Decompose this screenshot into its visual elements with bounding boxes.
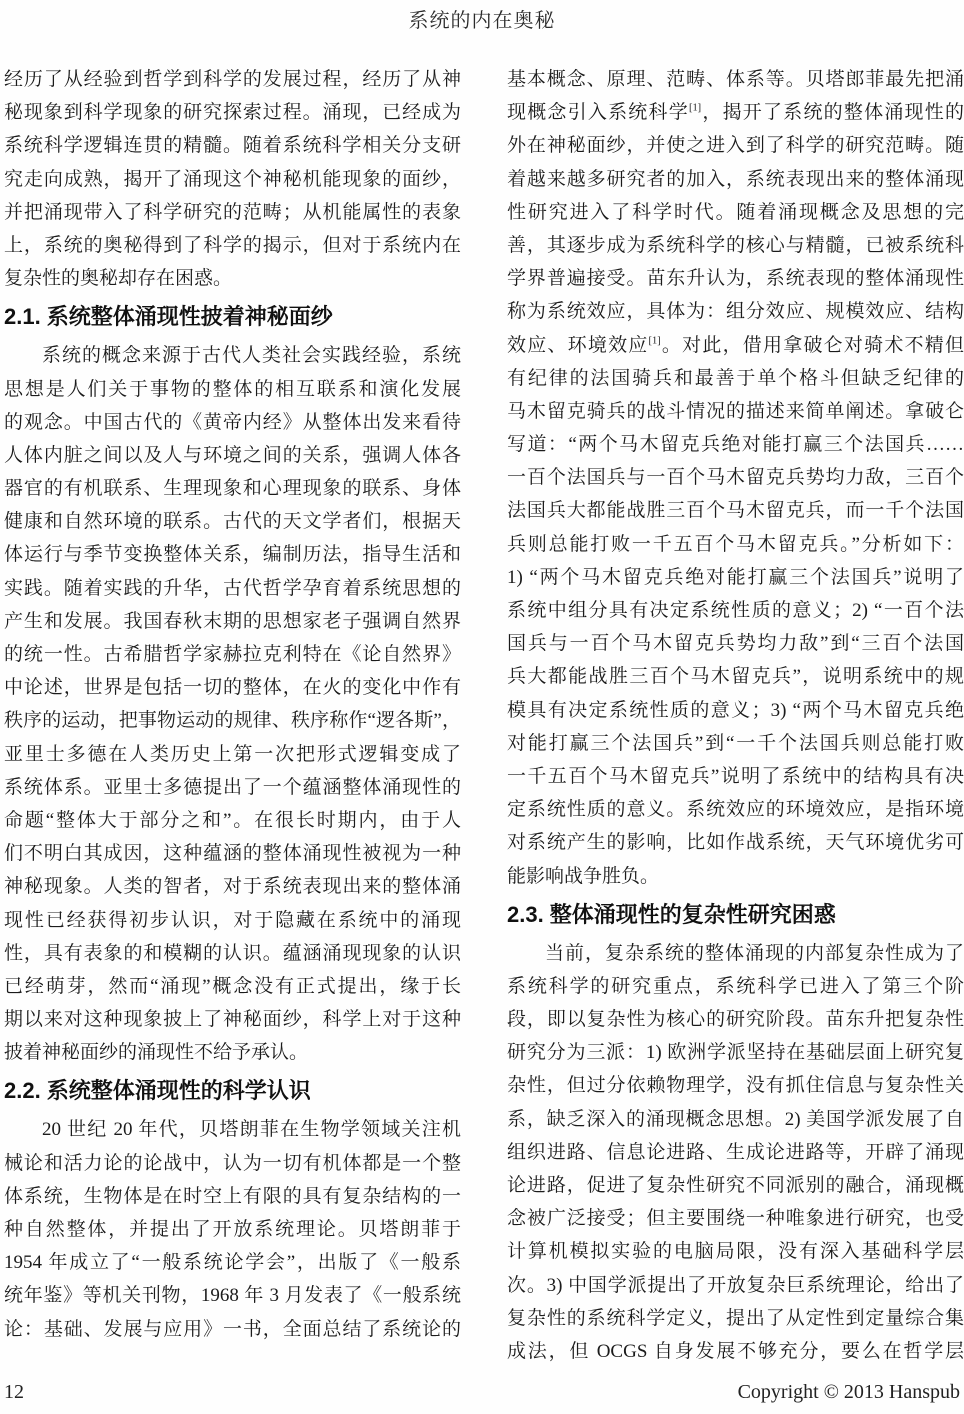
text-line: 能影响战争胜负。 bbox=[507, 860, 964, 893]
text-line: 性，具有表象的和模糊的认识。蕴涵涌现现象的认识 bbox=[4, 937, 461, 970]
text-line: 命题“整体大于部分之和”。在很长时期内，由于人 bbox=[4, 804, 461, 837]
text-line: 系统的概念来源于古代人类社会实践经验，系统 bbox=[4, 339, 461, 372]
text-line: 效应、环境效应[1]。对此，借用拿破仑对骑术不精但 bbox=[507, 329, 964, 362]
text-line: 实践。随着实践的升华，古代哲学孕育着系统思想的 bbox=[4, 572, 461, 605]
text-line: 外在神秘面纱，并使之进入到了科学的研究范畴。随 bbox=[507, 129, 964, 162]
text-line: 国兵与一百个马木留克兵势均力敌”到“三百个法国 bbox=[507, 627, 964, 660]
paragraph: 经历了从经验到哲学到科学的发展过程，经历了从神秘现象到科学现象的研究探索过程。涌… bbox=[4, 63, 461, 295]
text-line: 中论述，世界是包括一切的整体，在火的变化中作有 bbox=[4, 671, 461, 704]
text-line: 秩序的运动，把事物运动的规律、秩序称作“逻各斯”， bbox=[4, 704, 461, 737]
paragraph: 基本概念、原理、范畴、体系等。贝塔郎菲最先把涌现概念引入系统科学[1]，揭开了系… bbox=[507, 63, 964, 893]
text-line: 对能打赢三个法国兵”到“一千个法国兵则总能打败 bbox=[507, 727, 964, 760]
paragraph: 20 世纪 20 年代，贝塔朗菲在生物学领域关注机械论和活力论的论战中，认为一切… bbox=[4, 1113, 461, 1345]
text-line: 现性已经获得初步认识，对于隐藏在系统中的涌现 bbox=[4, 904, 461, 937]
text-line: 期以来对这种现象披上了神秘面纱，科学上对于这种 bbox=[4, 1003, 461, 1036]
text-line: 念被广泛接受；但主要围绕一种唯象进行研究，也受 bbox=[507, 1202, 964, 1235]
text-line: 披着神秘面纱的涌现性不给予承认。 bbox=[4, 1036, 461, 1069]
text-line: 系统科学的研究重点，系统科学已进入了第三个阶 bbox=[507, 970, 964, 1003]
text-line: 并把涌现带入了科学研究的范畴；从机能属性的表象 bbox=[4, 196, 461, 229]
text-line: 一百个法国兵与一百个马木留克兵势均力敌，三百个 bbox=[507, 461, 964, 494]
content-columns: 经历了从经验到哲学到科学的发展过程，经历了从神秘现象到科学现象的研究探索过程。涌… bbox=[4, 63, 964, 1368]
section-heading: 2.1. 系统整体涌现性披着神秘面纱 bbox=[4, 301, 461, 333]
text-line: 定系统性质的意义。系统效应的环境效应，是指环境 bbox=[507, 793, 964, 826]
section-heading: 2.2. 系统整体涌现性的科学认识 bbox=[4, 1075, 461, 1107]
text-line: 写道：“两个马木留克兵绝对能打赢三个法国兵…… bbox=[507, 428, 964, 461]
text-line: 次。3) 中国学派提出了开放复杂巨系统理论，给出了 bbox=[507, 1269, 964, 1302]
paragraph: 当前，复杂系统的整体涌现的内部复杂性成为了系统科学的研究重点，系统科学已进入了第… bbox=[507, 937, 964, 1368]
text-line: 论进路，促进了复杂性研究不同派别的融合，涌现概 bbox=[507, 1169, 964, 1202]
text-line: 有纪律的法国骑兵和最善于单个格斗但缺乏纪律的 bbox=[507, 362, 964, 395]
citation-reference: [1] bbox=[689, 103, 701, 114]
text-line: 系统体系。亚里士多德提出了一个蕴涵整体涌现性的 bbox=[4, 771, 461, 804]
text-line: 健康和自然环境的联系。古代的天文学者们，根据天 bbox=[4, 505, 461, 538]
text-line: 段，即以复杂性为核心的研究阶段。苗东升把复杂性 bbox=[507, 1003, 964, 1036]
paragraph: 系统的概念来源于古代人类社会实践经验，系统思想是人们关于事物的整体的相互联系和演… bbox=[4, 339, 461, 1069]
text-line: 着越来越多研究者的加入，系统表现出来的整体涌现 bbox=[507, 163, 964, 196]
text-line: 基本概念、原理、范畴、体系等。贝塔郎菲最先把涌 bbox=[507, 63, 964, 96]
text-line: 体运行与季节变换整体关系，编制历法，指导生活和 bbox=[4, 538, 461, 571]
text-line: 善，其逐步成为系统科学的核心与精髓，已被系统科 bbox=[507, 229, 964, 262]
page-footer: 12 Copyright © 2013 Hanspub bbox=[4, 1381, 960, 1404]
text-line: 现概念引入系统科学[1]，揭开了系统的整体涌现性的 bbox=[507, 96, 964, 129]
text-line: 马木留克骑兵的战斗情况的描述来简单阐述。拿破仑 bbox=[507, 395, 964, 428]
text-line: 对系统产生的影响，比如作战系统，天气环境优劣可 bbox=[507, 826, 964, 859]
text-line: 系，缺乏深入的涌现概念思想。2) 美国学派发展了自 bbox=[507, 1103, 964, 1136]
text-line: 械论和活力论的论战中，认为一切有机体都是一个整 bbox=[4, 1147, 461, 1180]
text-line: 们不明白其成因，这种蕴涵的整体涌现性被视为一种 bbox=[4, 837, 461, 870]
text-line: 体系统，生物体是在时空上有限的具有复杂结构的一 bbox=[4, 1180, 461, 1213]
text-line: 学界普遍接受。苗东升认为，系统表现的整体涌现性 bbox=[507, 262, 964, 295]
text-line: 复杂性的奥秘却存在困惑。 bbox=[4, 262, 461, 295]
text-line: 一千五百个马木留克兵”说明了系统中的结构具有决 bbox=[507, 760, 964, 793]
text-line: 已经萌芽，然而“涌现”概念没有正式提出，缘于长 bbox=[4, 970, 461, 1003]
text-line: 兵则总能打败一千五百个马木留克兵。”分析如下： bbox=[507, 528, 964, 561]
section-heading: 2.3. 整体涌现性的复杂性研究困惑 bbox=[507, 899, 964, 931]
text-line: 的观念。中国古代的《黄帝内经》从整体出发来看待 bbox=[4, 406, 461, 439]
text-line: 当前，复杂系统的整体涌现的内部复杂性成为了 bbox=[507, 937, 964, 970]
text-line: 组织进路、信息论进路、生成论进路等，开辟了涌现 bbox=[507, 1136, 964, 1169]
left-column: 经历了从经验到哲学到科学的发展过程，经历了从神秘现象到科学现象的研究探索过程。涌… bbox=[4, 63, 461, 1368]
text-line: 种自然整体，并提出了开放系统理论。贝塔朗菲于 bbox=[4, 1213, 461, 1246]
text-line: 性研究进入了科学时代。随着涌现概念及思想的完 bbox=[507, 196, 964, 229]
text-line: 经历了从经验到哲学到科学的发展过程，经历了从神 bbox=[4, 63, 461, 96]
page-header: 系统的内在奥秘 bbox=[0, 4, 964, 33]
text-line: 20 世纪 20 年代，贝塔朗菲在生物学领域关注机 bbox=[4, 1113, 461, 1146]
text-line: 人体内脏之间以及人与环境之间的关系，强调人体各 bbox=[4, 439, 461, 472]
text-line: 统年鉴》等机关刊物，1968 年 3 月发表了《一般系统 bbox=[4, 1279, 461, 1312]
text-line: 复杂性的系统科学定义，提出了从定性到定量综合集 bbox=[507, 1302, 964, 1335]
text-line: 秘现象到科学现象的研究探索过程。涌现，已经成为 bbox=[4, 96, 461, 129]
text-line: 亚里士多德在人类历史上第一次把形式逻辑变成了 bbox=[4, 738, 461, 771]
right-column: 基本概念、原理、范畴、体系等。贝塔郎菲最先把涌现概念引入系统科学[1]，揭开了系… bbox=[507, 63, 964, 1368]
page: 系统的内在奥秘 经历了从经验到哲学到科学的发展过程，经历了从神秘现象到科学现象的… bbox=[0, 0, 964, 1414]
text-line: 成法，但 OCGS 自身发展不够充分，要么在哲学层次， bbox=[507, 1335, 964, 1368]
text-line: 法国兵大都能战胜三百个马木留克兵，而一千个法国 bbox=[507, 494, 964, 527]
text-line: 论：基础、发展与应用》一书，全面总结了系统论的 bbox=[4, 1313, 461, 1346]
citation-reference: [1] bbox=[649, 335, 661, 346]
text-line: 上，系统的奥秘得到了科学的揭示，但对于系统内在 bbox=[4, 229, 461, 262]
copyright-notice: Copyright © 2013 Hanspub bbox=[738, 1381, 960, 1404]
text-line: 计算机模拟实验的电脑局限，没有深入基础科学层 bbox=[507, 1235, 964, 1268]
text-line: 模具有决定系统性质的意义；3) “两个马木留克兵绝 bbox=[507, 694, 964, 727]
text-line: 杂性，但过分依赖物理学，没有抓住信息与复杂性关 bbox=[507, 1069, 964, 1102]
text-line: 研究分为三派：1) 欧洲学派坚持在基础层面上研究复 bbox=[507, 1036, 964, 1069]
text-line: 兵大都能战胜三百个马木留克兵”，说明系统中的规 bbox=[507, 660, 964, 693]
page-number: 12 bbox=[4, 1381, 24, 1404]
text-line: 究走向成熟，揭开了涌现这个神秘机能现象的面纱， bbox=[4, 163, 461, 196]
text-line: 称为系统效应，具体为：组分效应、规模效应、结构 bbox=[507, 295, 964, 328]
text-line: 的统一性。古希腊哲学家赫拉克利特在《论自然界》 bbox=[4, 638, 461, 671]
running-title: 系统的内在奥秘 bbox=[409, 10, 556, 32]
text-line: 1) “两个马木留克兵绝对能打赢三个法国兵”说明了 bbox=[507, 561, 964, 594]
text-line: 系统科学逻辑连贯的精髓。随着系统科学相关分支研 bbox=[4, 129, 461, 162]
text-line: 神秘现象。人类的智者，对于系统表现出来的整体涌 bbox=[4, 870, 461, 903]
text-line: 1954 年成立了“一般系统论学会”，出版了《一般系 bbox=[4, 1246, 461, 1279]
text-line: 产生和发展。我国春秋末期的思想家老子强调自然界 bbox=[4, 605, 461, 638]
text-line: 系统中组分具有决定系统性质的意义；2) “一百个法 bbox=[507, 594, 964, 627]
text-line: 思想是人们关于事物的整体的相互联系和演化发展 bbox=[4, 373, 461, 406]
text-line: 器官的有机联系、生理现象和心理现象的联系、身体 bbox=[4, 472, 461, 505]
